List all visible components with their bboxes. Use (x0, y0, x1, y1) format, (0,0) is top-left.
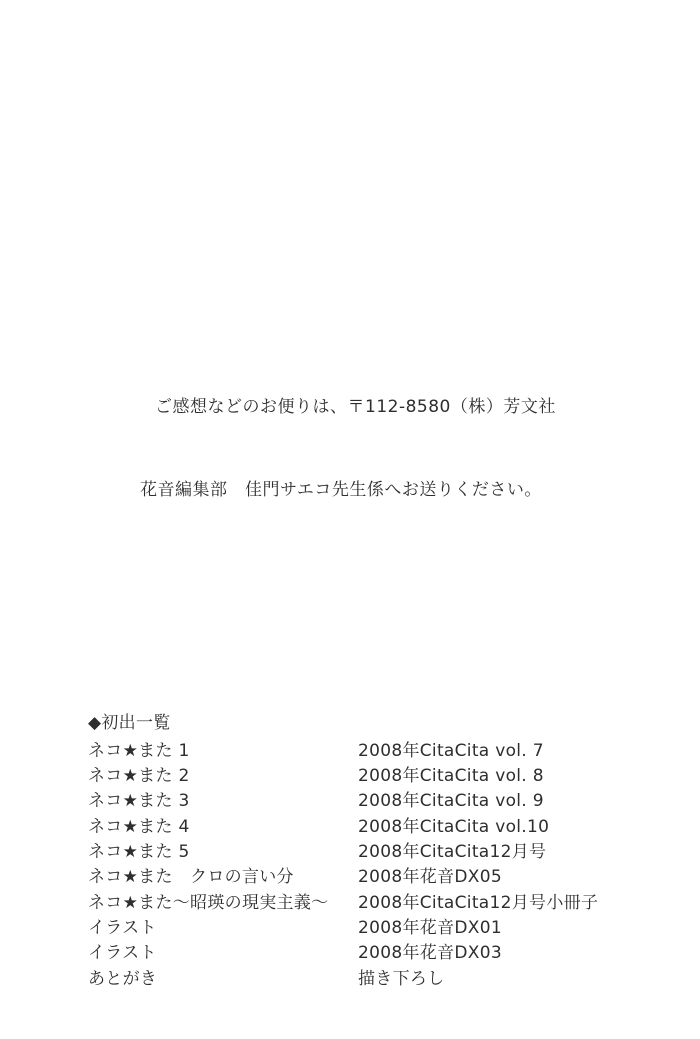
credit-source: 2008年CitaCita12月号 (358, 837, 628, 862)
reader-mail-notice: ご感想などのお便りは、〒112-8580（株）芳文社 花音編集部 佳門サエコ先生… (140, 339, 556, 559)
credit-title: ネコ★また 5 (88, 837, 358, 862)
credit-source: 2008年CitaCita vol. 8 (358, 761, 628, 786)
notice-line-2: 花音編集部 佳門サエコ先生係へお送りください。 (140, 477, 556, 505)
book-page: ご感想などのお便りは、〒112-8580（株）芳文社 花音編集部 佳門サエコ先生… (0, 0, 700, 1039)
credit-row: ネコ★また 3 2008年CitaCita vol. 9 (88, 786, 628, 811)
credit-title: ネコ★また 4 (88, 812, 358, 837)
credit-source: 2008年CitaCita12月号小冊子 (358, 888, 628, 913)
credit-title: ネコ★また 2 (88, 761, 358, 786)
credit-row: あとがき 描き下ろし (88, 964, 628, 989)
credit-title: ネコ★また クロの言い分 (88, 862, 358, 887)
credit-row: ネコ★また 4 2008年CitaCita vol.10 (88, 812, 628, 837)
credit-source: 2008年CitaCita vol. 7 (358, 736, 628, 761)
credit-row: ネコ★また 1 2008年CitaCita vol. 7 (88, 736, 628, 761)
credit-row: イラスト 2008年花音DX03 (88, 938, 628, 963)
credit-title: あとがき (88, 964, 358, 989)
credit-row: ネコ★また クロの言い分 2008年花音DX05 (88, 862, 628, 887)
credit-source: 2008年CitaCita vol. 9 (358, 786, 628, 811)
credit-source: 2008年花音DX05 (358, 862, 628, 887)
credit-row: ネコ★また 5 2008年CitaCita12月号 (88, 837, 628, 862)
credit-row: ネコ★また～昭瑛の現実主義～ 2008年CitaCita12月号小冊子 (88, 888, 628, 913)
credit-source: 2008年花音DX01 (358, 913, 628, 938)
credit-row: イラスト 2008年花音DX01 (88, 913, 628, 938)
credit-row: ネコ★また 2 2008年CitaCita vol. 8 (88, 761, 628, 786)
credits-heading: ◆初出一覧 (88, 708, 628, 736)
credit-title: ネコ★また 3 (88, 786, 358, 811)
credit-title: イラスト (88, 938, 358, 963)
first-publication-list: ◆初出一覧 ネコ★また 1 2008年CitaCita vol. 7 ネコ★また… (88, 708, 628, 989)
credit-source: 描き下ろし (358, 964, 628, 989)
notice-line-1: ご感想などのお便りは、〒112-8580（株）芳文社 (140, 394, 556, 422)
credit-title: イラスト (88, 913, 358, 938)
credit-source: 2008年花音DX03 (358, 938, 628, 963)
credit-source: 2008年CitaCita vol.10 (358, 812, 628, 837)
credit-title: ネコ★また 1 (88, 736, 358, 761)
credit-title: ネコ★また～昭瑛の現実主義～ (88, 888, 358, 913)
